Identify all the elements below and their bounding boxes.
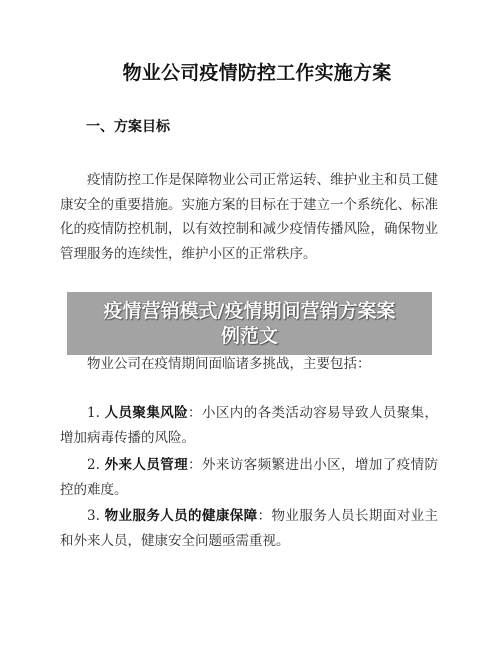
goals-paragraph: 疫情防控工作是保障物业公司正常运转、维护业主和员工健康安全的重要措施。实施方案的… (60, 168, 438, 266)
item-separator: ： (258, 508, 272, 524)
challenge-item: 2. 外来人员管理：外来访客频繁进出小区，增加了疫情防控的难度。 (60, 453, 438, 502)
item-number: 2. (87, 457, 100, 473)
challenge-item: 1. 人员聚集风险：小区内的各类活动容易导致人员聚集，增加病毒传播的风险。 (60, 401, 438, 450)
banner-line-2: 例范文 (221, 324, 278, 349)
overlay-title-banner: 疫情营销模式/疫情期间营销方案案 例范文 (67, 292, 432, 355)
document-title: 物业公司疫情防控工作实施方案 (0, 60, 500, 86)
challenges-intro: 物业公司在疫情期间面临诸多挑战，主要包括： (60, 352, 438, 377)
item-separator: ： (188, 405, 202, 421)
section-heading-goals: 一、方案目标 (86, 117, 170, 137)
item-number: 3. (87, 508, 100, 524)
challenge-item: 3. 物业服务人员的健康保障：物业服务人员长期面对业主和外来人员，健康安全问题亟… (60, 504, 438, 553)
item-label: 人员聚集风险 (105, 405, 188, 421)
item-label: 物业服务人员的健康保障 (105, 508, 258, 524)
document-page: 物业公司疫情防控工作实施方案 一、方案目标 疫情防控工作是保障物业公司正常运转、… (0, 0, 500, 647)
banner-line-1: 疫情营销模式/疫情期间营销方案案 (104, 299, 396, 324)
item-number: 1. (87, 405, 100, 421)
item-label: 外来人员管理 (105, 457, 188, 473)
item-separator: ： (188, 457, 202, 473)
